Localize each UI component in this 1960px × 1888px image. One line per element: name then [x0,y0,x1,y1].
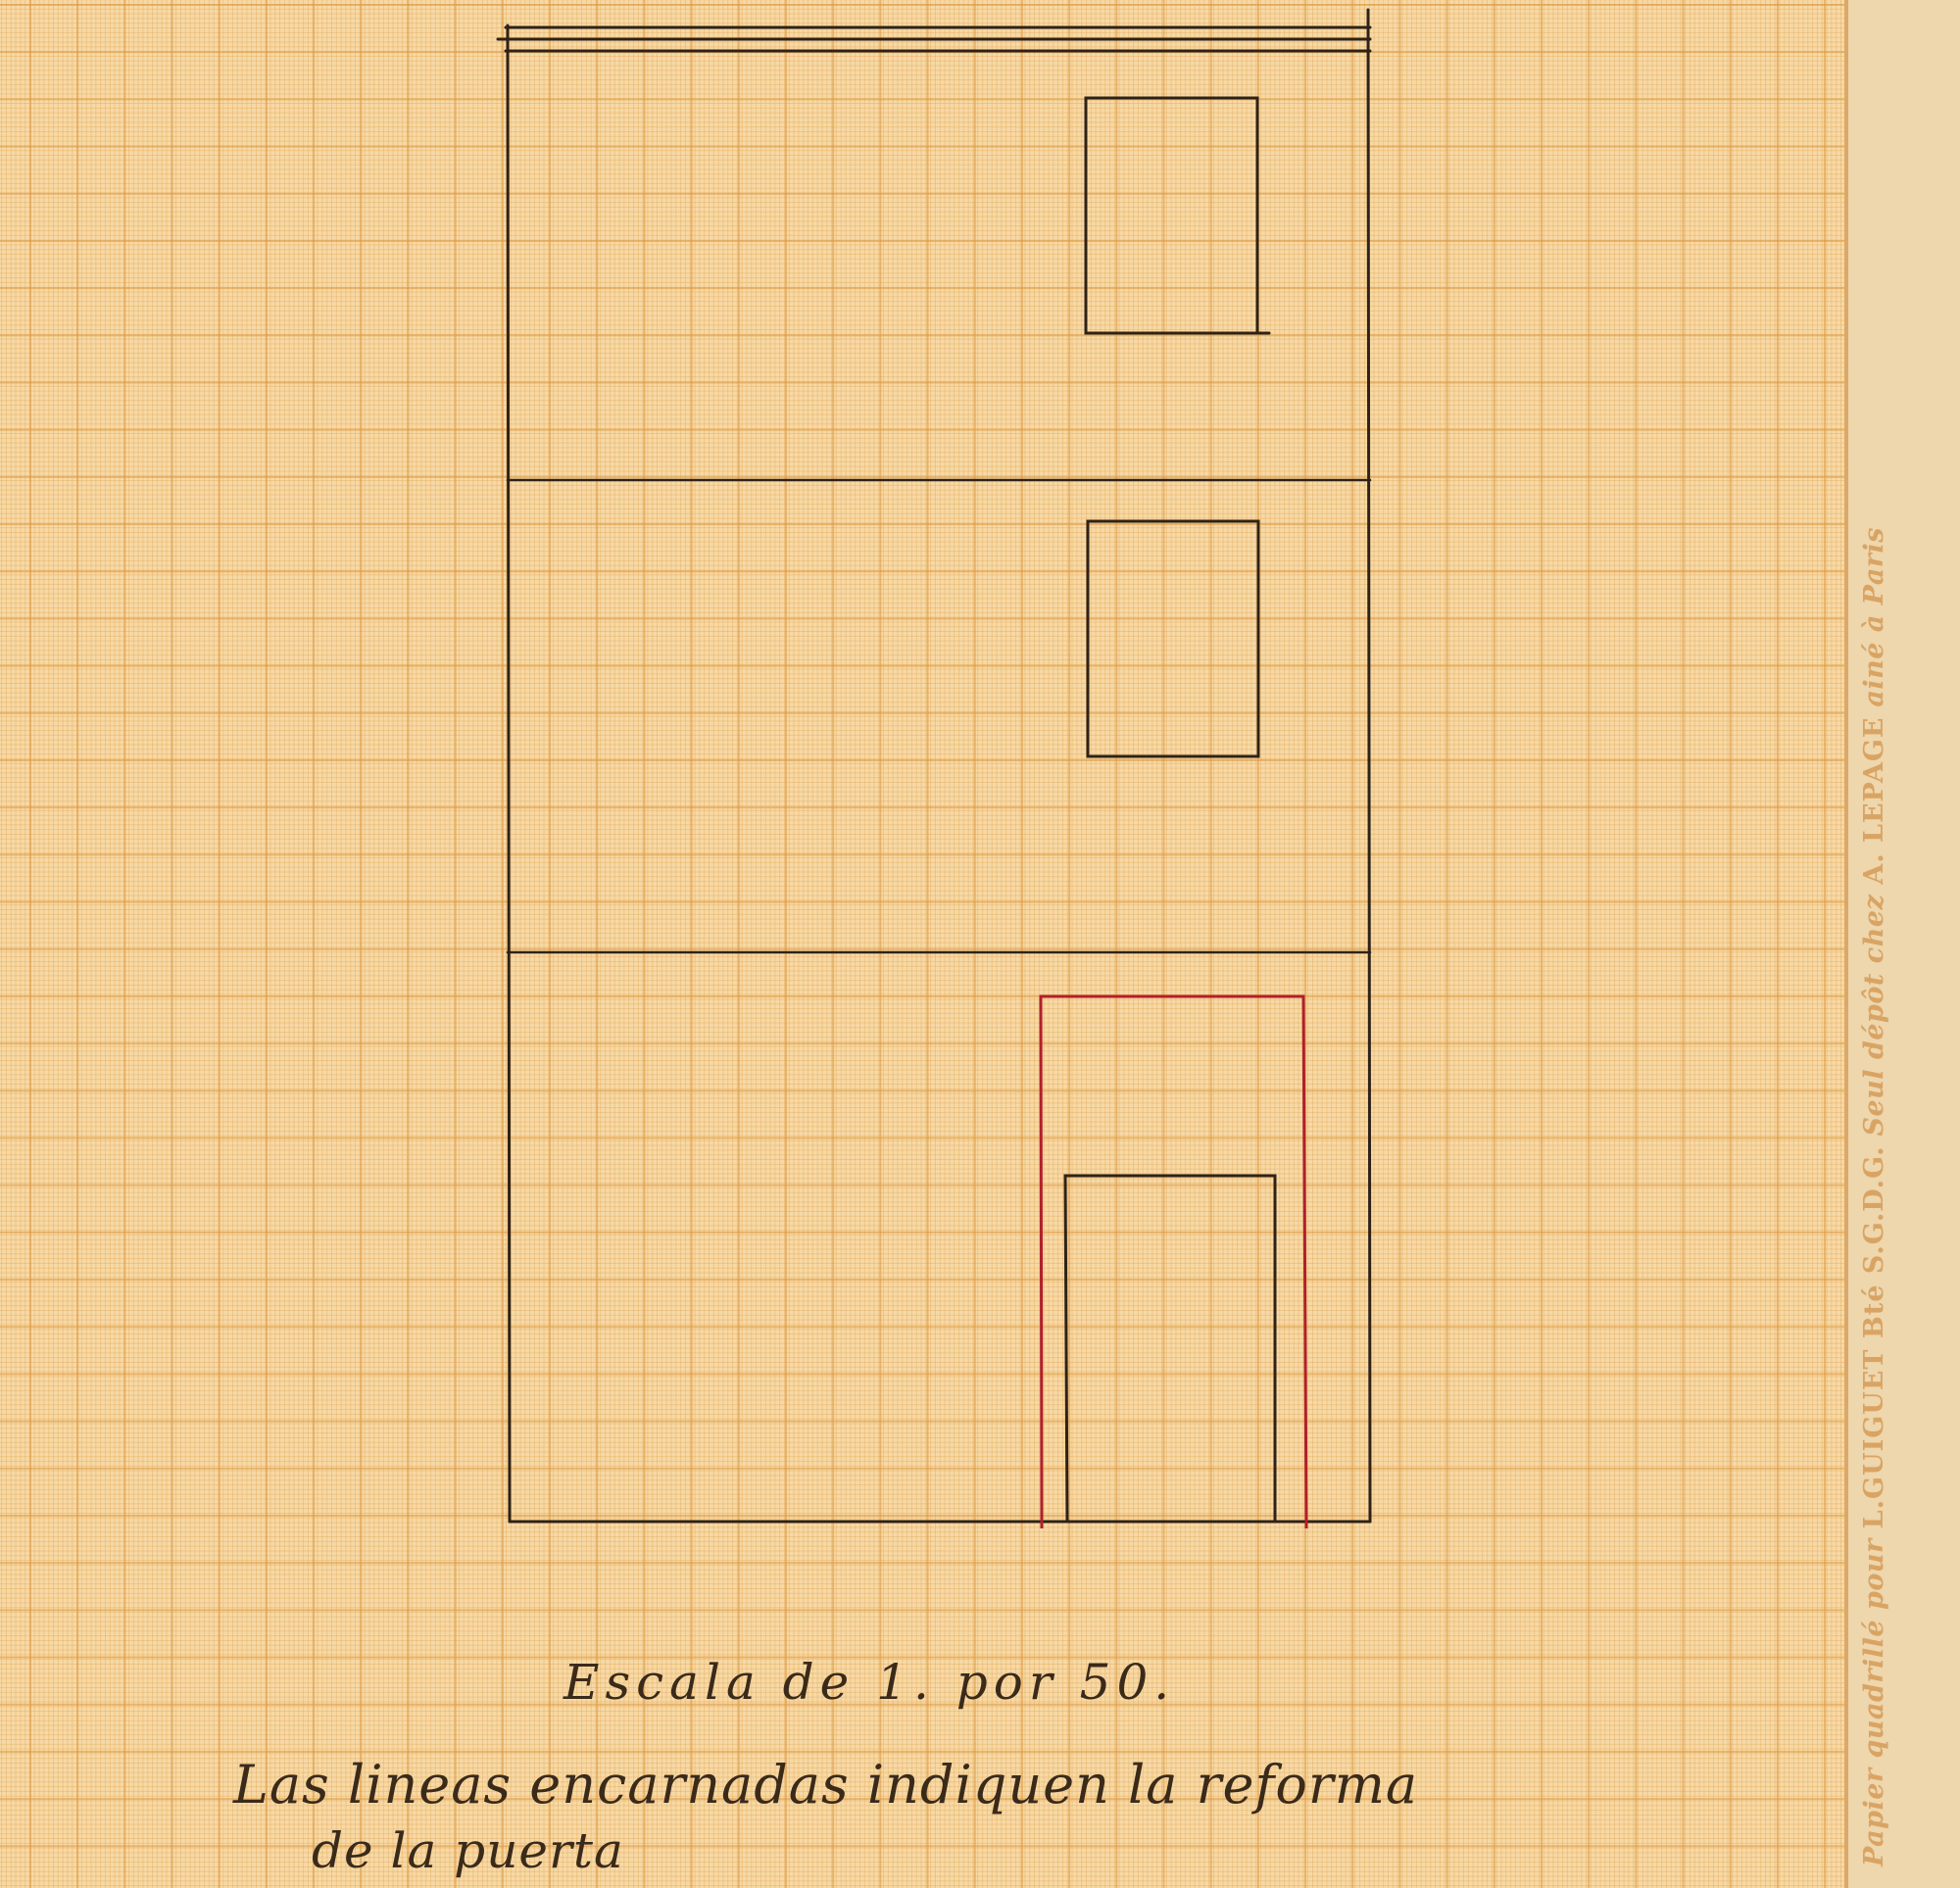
legend-note-line-1: Las lineas encarnadas indiquen la reform… [233,1754,1418,1815]
middle-window [1088,521,1258,756]
reformed-door-red-outline [1041,996,1306,1528]
imprint-text-c: Seul dépôt chez [1859,885,1889,1146]
imprint-text-a: Papier quadrillé pour [1859,1528,1889,1866]
imprint-text-e: ainé à Paris [1859,527,1889,717]
floor-lines [508,480,1370,952]
scale-note: Escala de 1. por 50. [563,1654,1175,1711]
imprint-text-b: L.GUIGUET Bté S.G.D.G. [1859,1145,1889,1528]
facade-outline [508,10,1370,1522]
cornice-lines [498,27,1370,51]
paper-maker-imprint: Papier quadrillé pour L.GUIGUET Bté S.G.… [1859,527,1889,1866]
graph-paper-sheet: Escala de 1. por 50. Las lineas encarnad… [0,0,1960,1888]
upper-window [1086,98,1257,333]
imprint-text-d: A. LEPAGE [1859,717,1889,885]
facade-elevation-drawing [0,0,1960,1888]
legend-note-line-2: de la puerta [312,1822,624,1879]
existing-door [1065,1176,1275,1522]
